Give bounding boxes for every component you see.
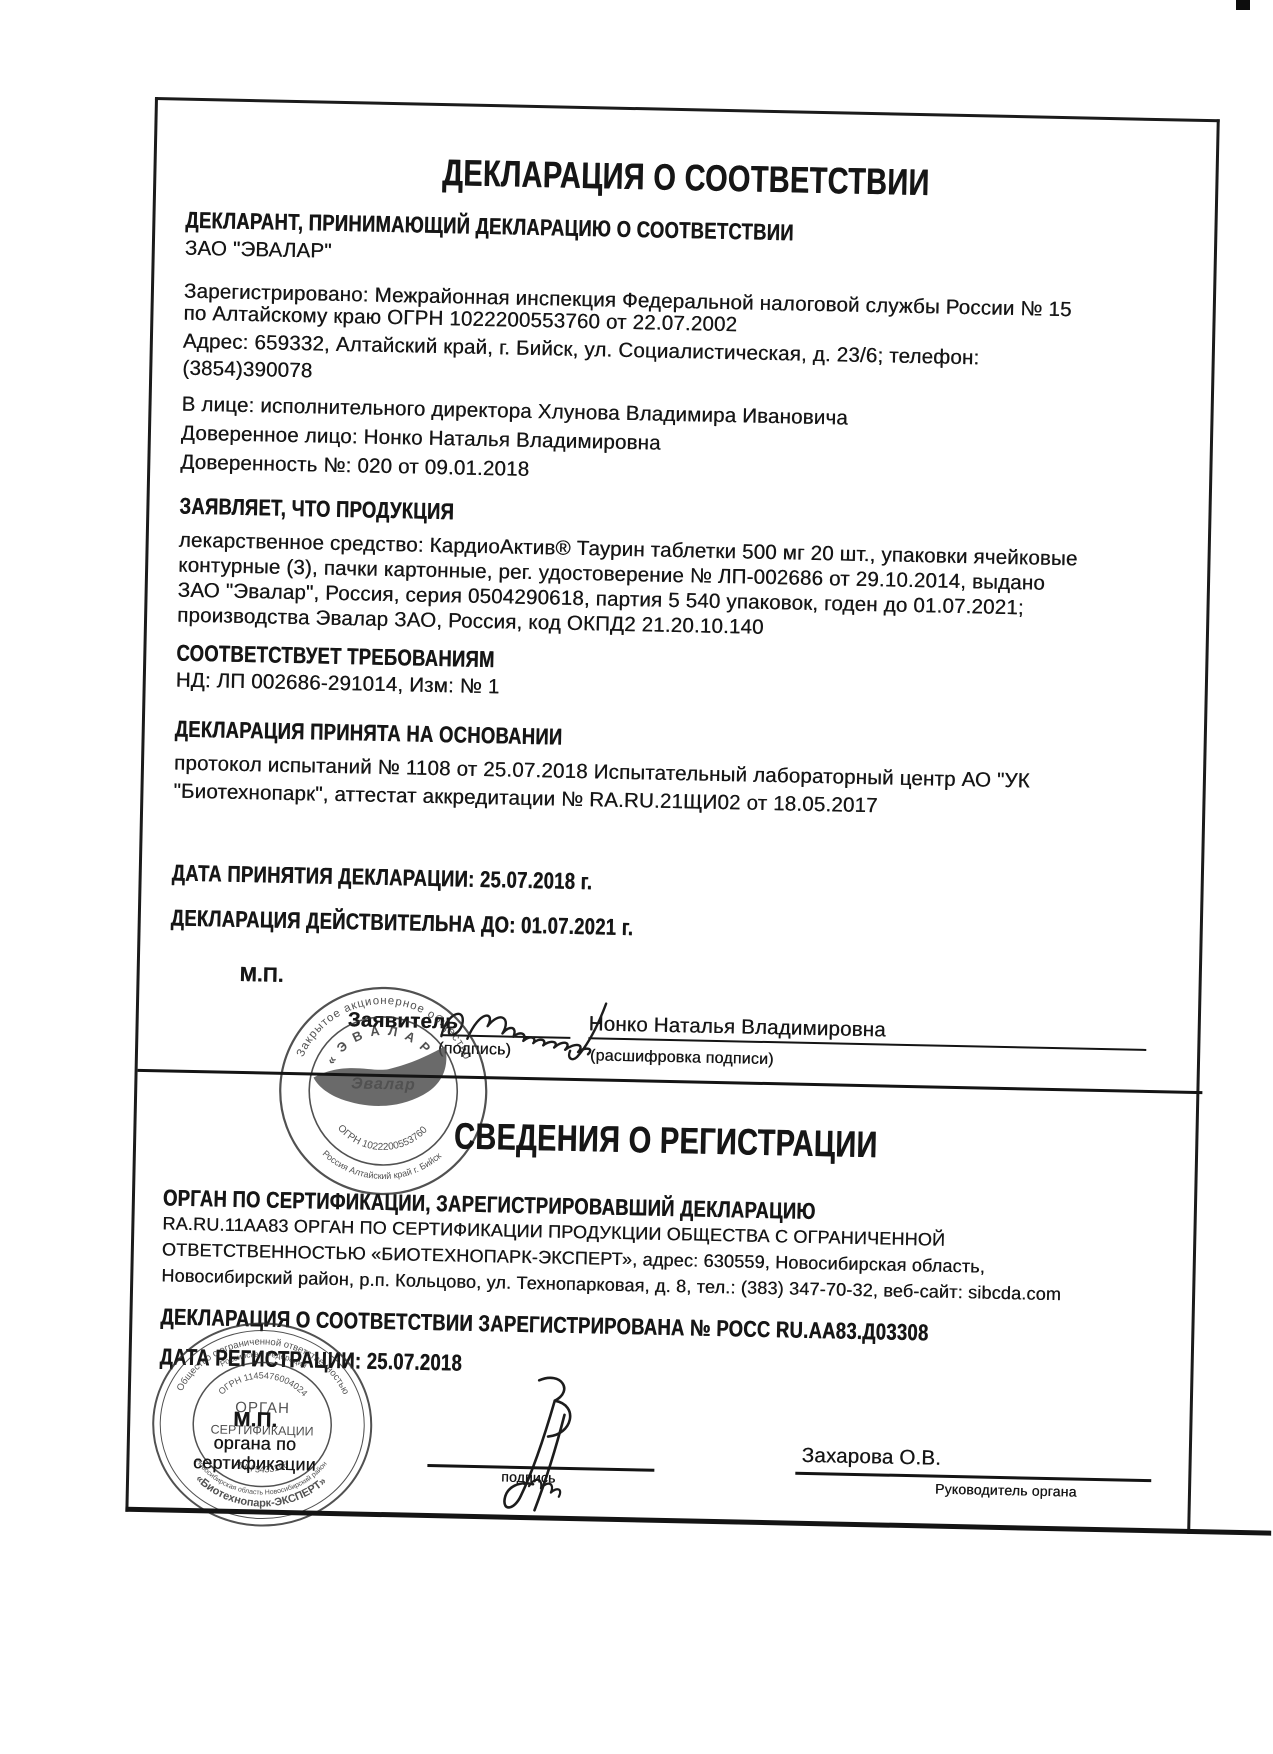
declarant-attorney: Доверенность №: 020 от 09.01.2018 xyxy=(180,451,529,482)
cert-seal-place-line3: сертификации xyxy=(174,1452,334,1476)
cert-stamp-ogrn-text: ОГРН 1145476004024 xyxy=(216,1370,310,1399)
head-sign-caption: подпись xyxy=(501,1469,556,1486)
declarant-trustee: Доверенное лицо: Нонко Наталья Владимиро… xyxy=(181,422,661,456)
declarant-address-line2: (3854)390078 xyxy=(182,357,313,384)
basis-heading: ДЕКЛАРАЦИЯ ПРИНЯТА НА ОСНОВАНИИ xyxy=(174,716,562,751)
scanned-declaration-page: ДЕКЛАРАЦИЯ О СООТВЕТСТВИИ ДЕКЛАРАНТ, ПРИ… xyxy=(0,0,1273,1754)
svg-text:Общество с ограниченной ответс: Общество с ограниченной ответственностью xyxy=(175,1335,353,1397)
cert-stamp-outer-top-text: Общество с ограниченной ответственностью xyxy=(175,1335,353,1397)
conformity-heading: СООТВЕТСТВУЕТ ТРЕБОВАНИЯМ xyxy=(176,640,495,674)
cert-seal-place-mark: М.П. xyxy=(175,1407,335,1434)
head-handwritten-signature xyxy=(458,1369,611,1524)
conformity-text: НД: ЛП 002686-291014, Изм: № 1 xyxy=(176,669,500,700)
adoption-date-line: ДАТА ПРИНЯТИЯ ДЕКЛАРАЦИИ: 25.07.2018 г. xyxy=(171,860,592,896)
document-frame: ДЕКЛАРАЦИЯ О СООТВЕТСТВИИ ДЕКЛАРАНТ, ПРИ… xyxy=(125,97,1219,1534)
valid-until-line: ДЕКЛАРАЦИЯ ДЕЙСТВИТЕЛЬНА ДО: 01.07.2021 … xyxy=(171,905,634,942)
head-caption: Руководитель органа xyxy=(935,1481,1077,1500)
page-title: ДЕКЛАРАЦИЯ О СООТВЕТСТВИИ xyxy=(273,148,1100,207)
svg-text:ОГРН 1145476004024: ОГРН 1145476004024 xyxy=(216,1370,310,1399)
evalar-round-stamp: Закрытое акционерное общество Россия Алт… xyxy=(273,981,493,1201)
declarant-company: ЗАО "ЭВАЛАР" xyxy=(185,237,332,264)
scan-artifact-speck xyxy=(1236,0,1250,10)
evalar-flag-logo-text: Эвалар xyxy=(351,1075,416,1093)
head-name: Захарова О.В. xyxy=(801,1444,941,1471)
product-heading: ЗАЯВЛЯЕТ, ЧТО ПРОДУКЦИЯ xyxy=(179,493,454,526)
head-name-line xyxy=(795,1472,1151,1482)
